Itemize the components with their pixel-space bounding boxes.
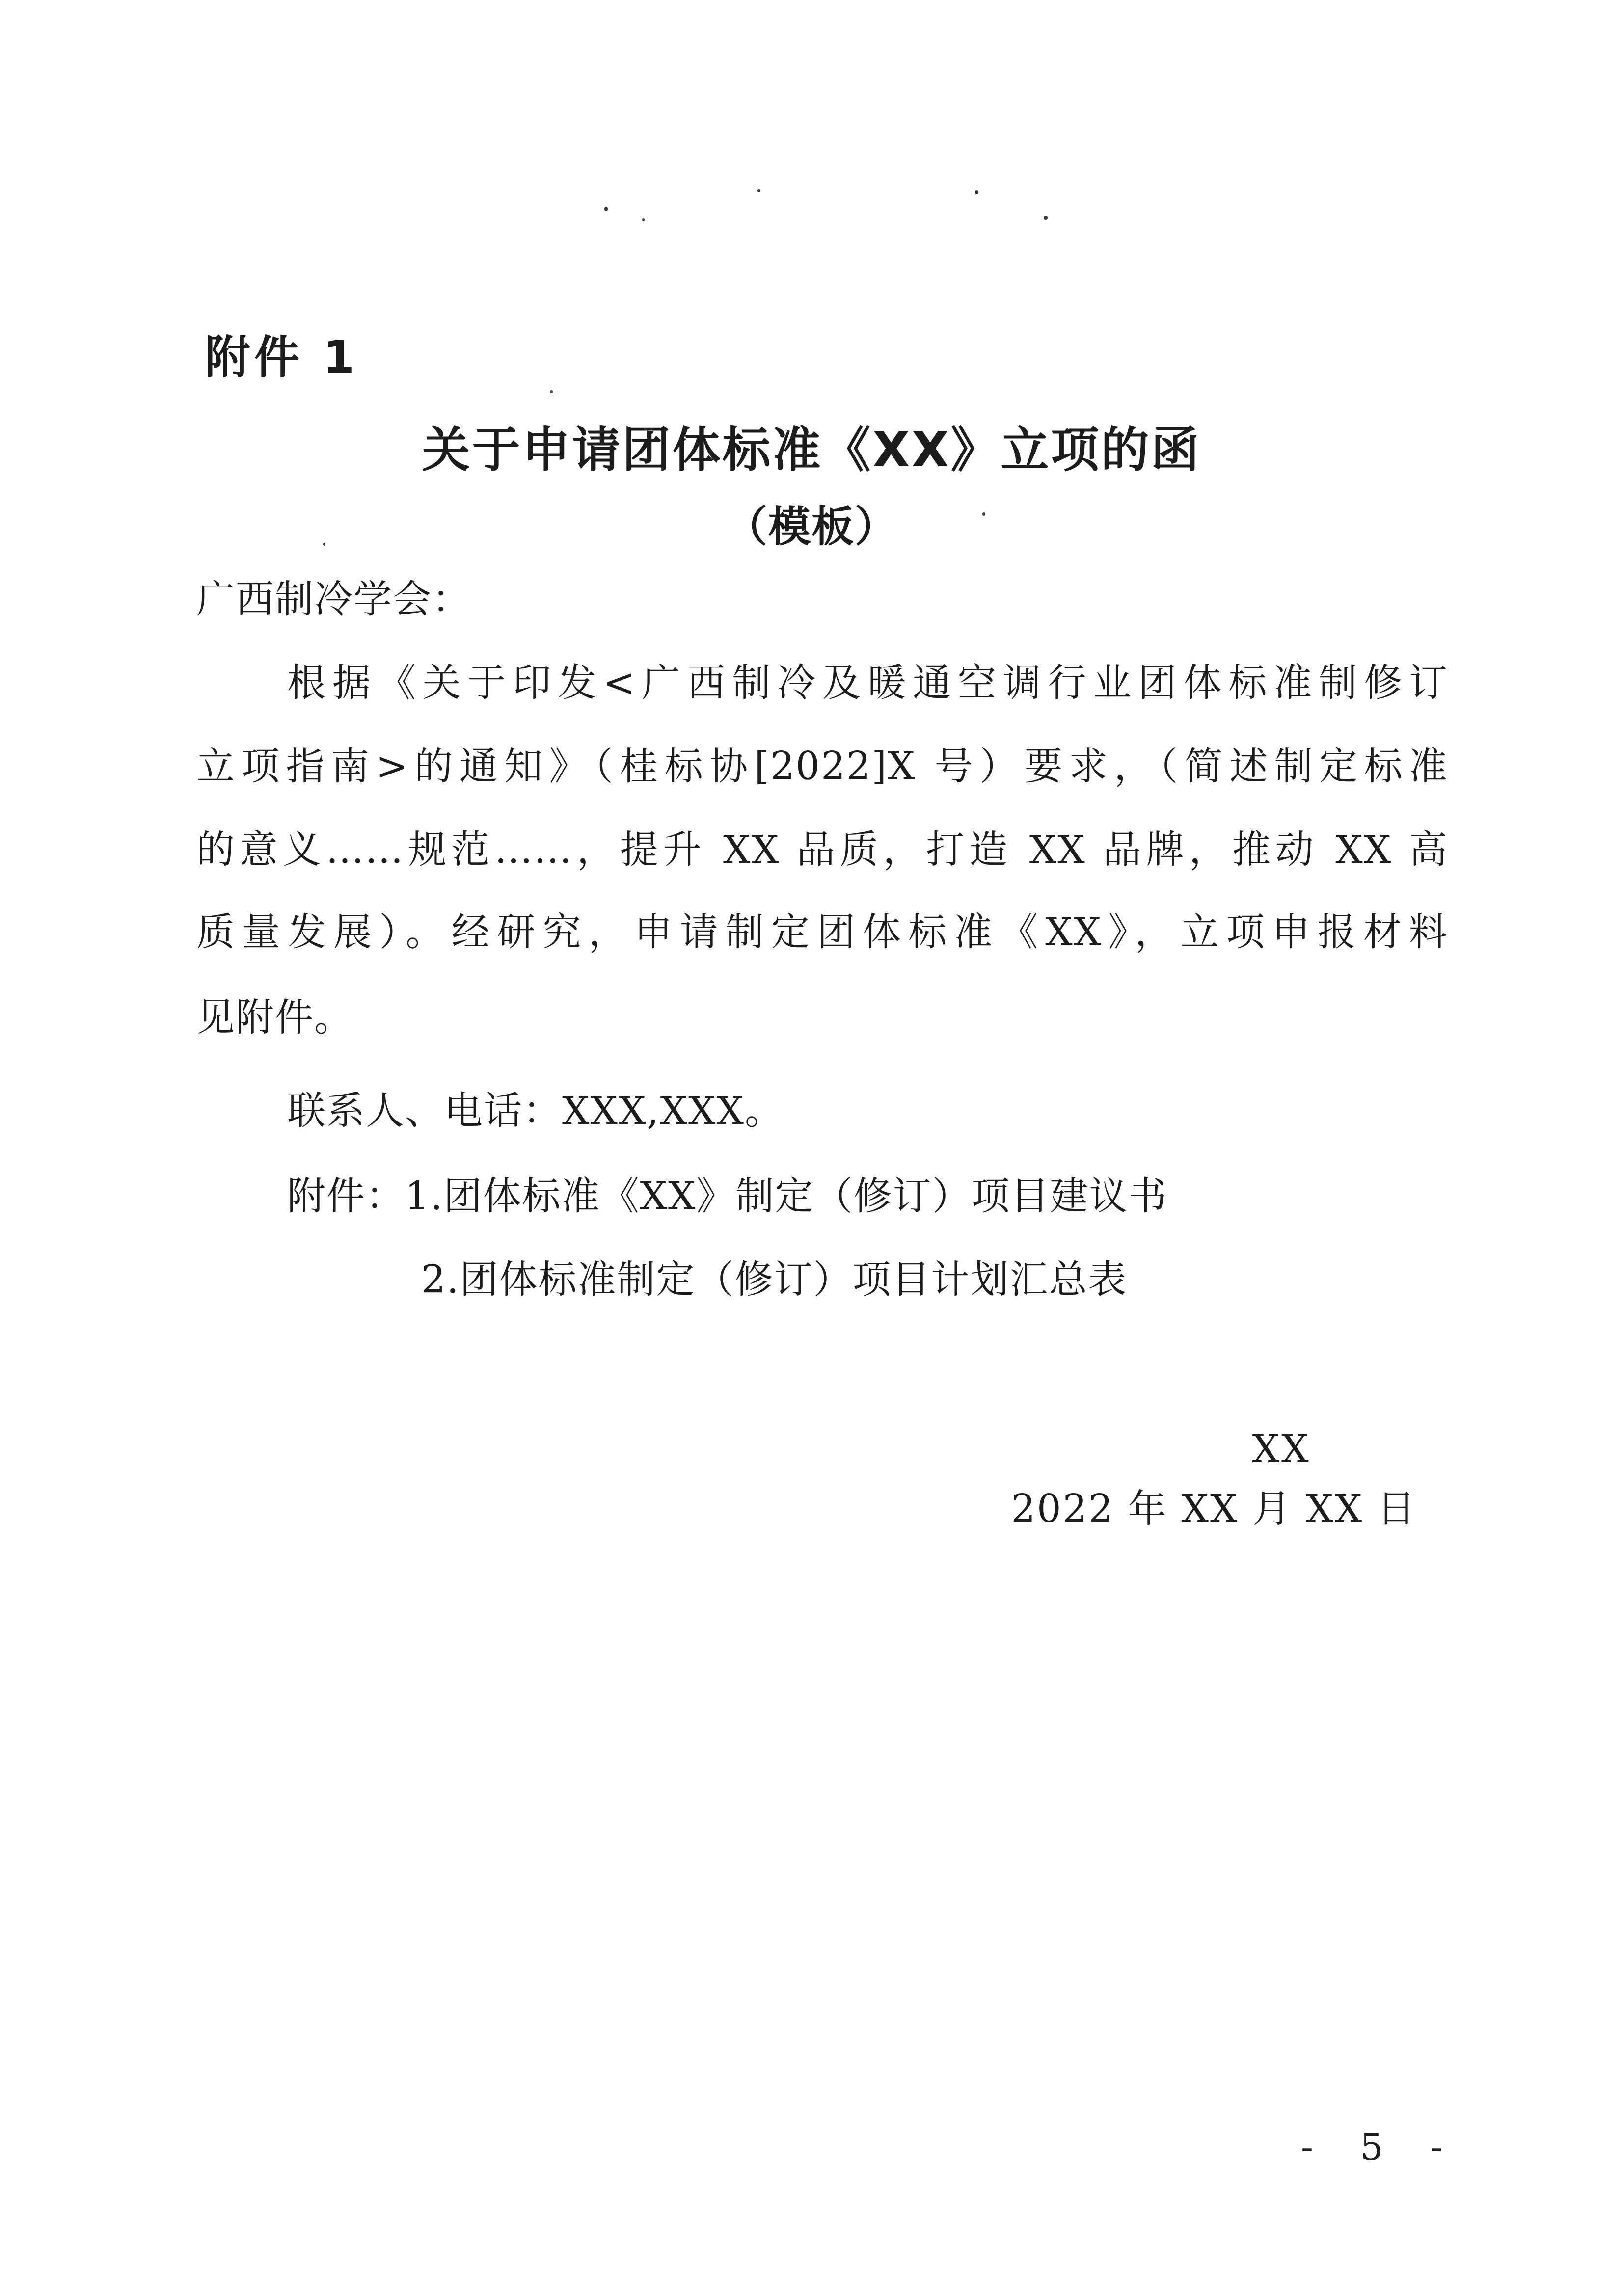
scan-speck [975, 190, 978, 194]
body-paragraph-line-2: 立项指南>的通知》（桂标协[2022]X 号）要求，（简述制定标准 [196, 746, 1448, 788]
signature-name: XX [1178, 1427, 1384, 1471]
scan-speck [982, 512, 985, 516]
scan-speck [757, 189, 760, 192]
scan-speck [1044, 216, 1048, 220]
body-paragraph-line-5: 见附件。 [196, 997, 1448, 1040]
attachment-number-label: 附件 1 [205, 321, 358, 386]
salutation-line: 广西制冷学会： [196, 579, 1448, 621]
signature-date: 2022 年 XX 月 XX 日 [982, 1478, 1417, 1533]
attachment-list-item-2: 2.团体标准制定（修订）项目计划汇总表 [421, 1259, 1448, 1302]
scanned-document-page: 附件 1 关于申请团体标准《XX》立项的函 （模板） 广西制冷学会： 根据《关于… [0, 0, 1623, 2296]
body-paragraph-line-3: 的意义……规范……，提升 XX 品质，打造 XX 品牌，推动 XX 高 [196, 829, 1448, 872]
document-subtitle-template: （模板） [0, 493, 1623, 554]
attachment-list-item-1: 附件：1.团体标准《XX》制定（修订）项目建议书 [287, 1176, 1448, 1218]
scan-speck [642, 218, 645, 221]
scan-speck [323, 543, 325, 546]
page-number: - 5 - [1301, 2126, 1460, 2168]
body-paragraph-line-1: 根据《关于印发<广西制冷及暖通空调行业团体标准制修订 [196, 663, 1448, 705]
document-title: 关于申请团体标准《XX》立项的函 [0, 411, 1623, 481]
contact-phone-line: 联系人、电话：XXX,XXX。 [287, 1091, 1448, 1133]
scan-speck [550, 390, 553, 393]
body-paragraph-line-4: 质量发展）。经研究，申请制定团体标准《XX》，立项申报材料 [196, 912, 1448, 954]
scan-speck [604, 207, 608, 211]
